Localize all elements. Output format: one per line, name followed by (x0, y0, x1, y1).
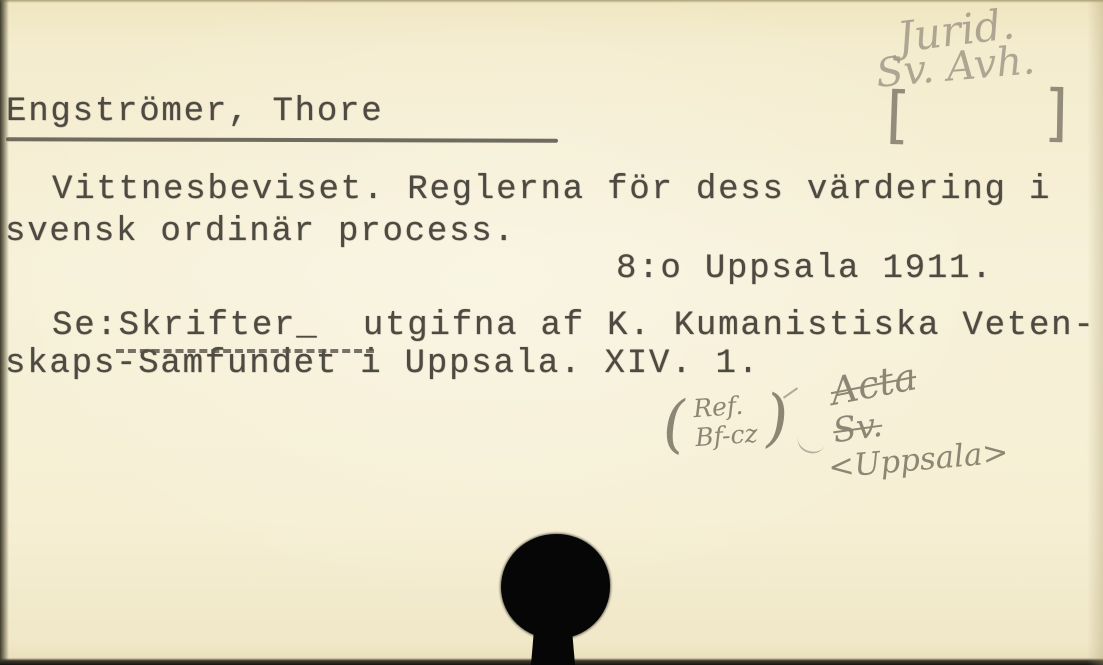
see-reference-line-1: Se:Skrifter_ utgifna af K. Kumanistiska … (52, 306, 1096, 346)
pencil-bracket-right: ] (1043, 82, 1068, 144)
catalog-card: Jurid. Sv. Avh. [ ] Engströmer, Thore Vi… (0, 0, 1103, 665)
imprint-line: 8:o Uppsala 1911. (616, 249, 993, 289)
punch-hole-stem (531, 618, 575, 665)
pencil-class-sv: Sv. (830, 405, 884, 451)
author-heading: Engströmer, Thore (6, 92, 383, 132)
pencil-bracket-left: [ (885, 84, 911, 147)
title-line-1: Vittnesbeviset. Reglerna för dess värder… (52, 170, 1051, 210)
series-title-dashed-underline (116, 349, 374, 353)
ref-shelfmark-code: Bf-cz (694, 420, 758, 451)
ref-paren-open: ( (660, 391, 689, 459)
card-top-edge (0, 0, 1103, 3)
see-line1-rest: utgifna af K. Kumanistiska Veten- (318, 307, 1095, 345)
see-series-title: Skrifter_ (119, 307, 319, 345)
title-line-2: svensk ordinär process. (5, 212, 516, 252)
see-prefix: Se: (52, 307, 119, 345)
pencil-ref-shelfmark: ( Ref. Bf-cz ) (660, 384, 791, 459)
ref-label: Ref. (692, 391, 756, 422)
pencil-connector-mark (794, 434, 825, 457)
heading-underline (6, 137, 558, 142)
